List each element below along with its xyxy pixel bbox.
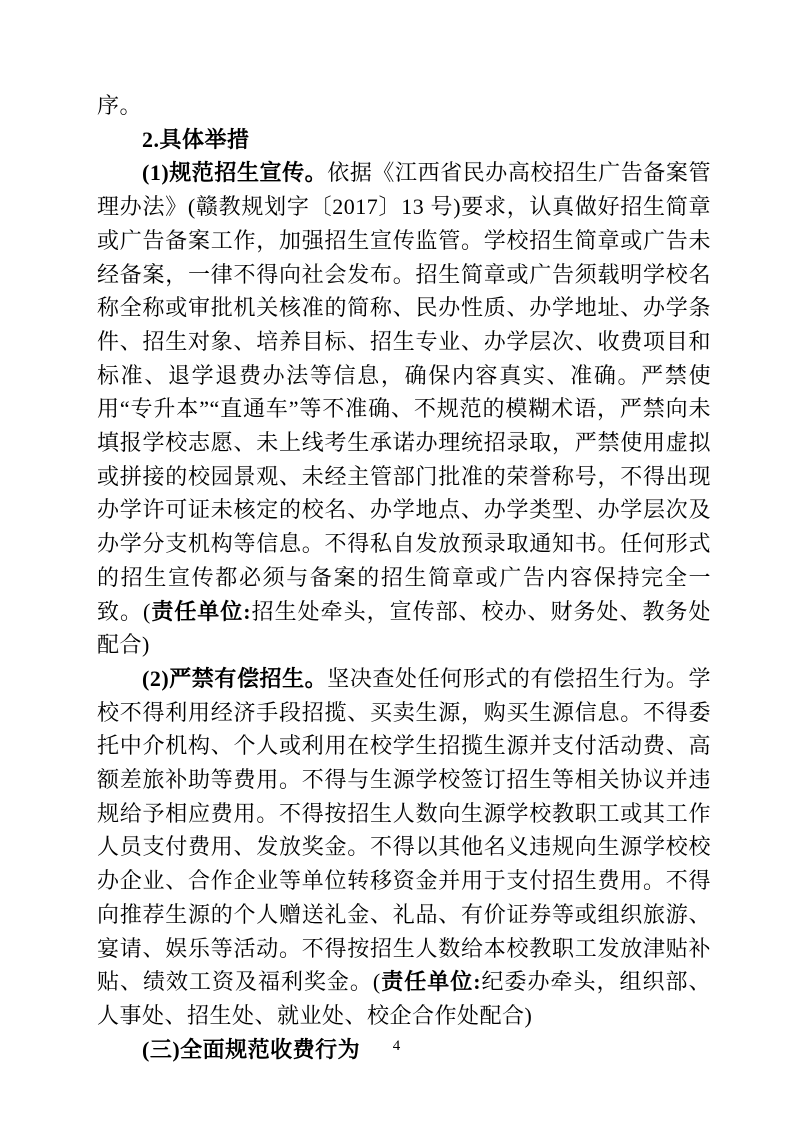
para1-responsibility-label: 责任单位: (151, 599, 251, 624)
page-number: 4 (0, 1036, 793, 1056)
paragraph-recruitment-publicity: (1)规范招生宣传。依据《江西省民办高校招生广告备案管理办法》(赣教规划字〔20… (97, 156, 711, 662)
paragraph-paid-recruitment-ban: (2)严禁有偿招生。坚决查处任何形式的有偿招生行为。学校不得利用经济手段招揽、买… (97, 662, 711, 1033)
document-page: 序。 2.具体举措 (1)规范招生宣传。依据《江西省民办高校招生广告备案管理办法… (0, 0, 793, 1122)
para2-lead-bold: (2)严禁有偿招生。 (142, 666, 327, 691)
para1-lead-bold: (1)规范招生宣传。 (142, 160, 327, 185)
para2-body-text: 坚决查处任何形式的有偿招生行为。学校不得利用经济手段招揽、买卖生源，购买生源信息… (97, 666, 711, 994)
para2-responsibility-label: 责任单位: (381, 969, 481, 994)
para1-body-text: 依据《江西省民办高校招生广告备案管理办法》(赣教规划字〔2017〕13 号)要求… (97, 160, 711, 623)
paragraph-continuation: 序。 (97, 89, 711, 123)
document-body: 序。 2.具体举措 (1)规范招生宣传。依据《江西省民办高校招生广告备案管理办法… (97, 89, 711, 1066)
section-heading-specific-measures: 2.具体举措 (97, 123, 711, 157)
